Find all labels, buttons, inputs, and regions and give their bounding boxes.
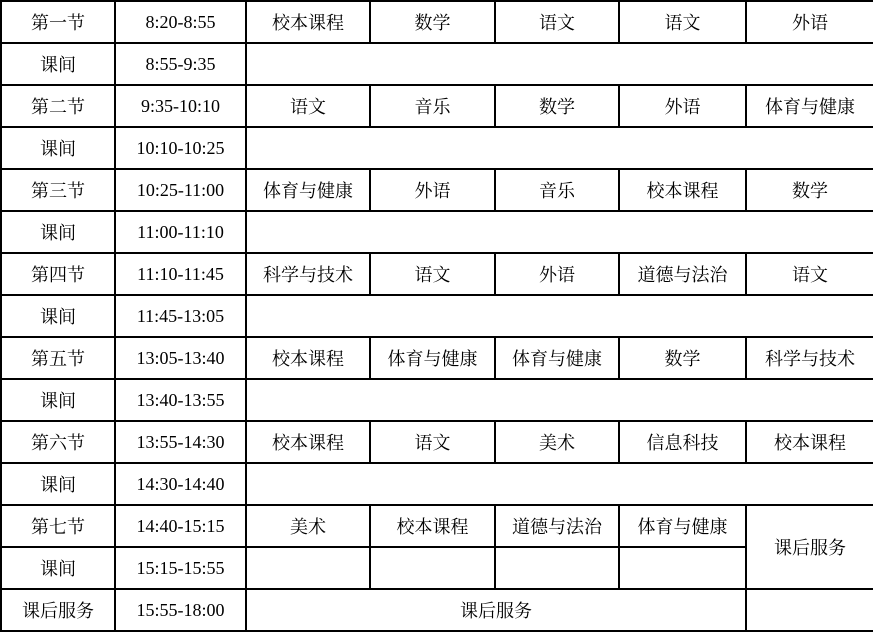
- time-cell: 8:20-8:55: [115, 1, 246, 43]
- period-label-cell: 第三节: [1, 169, 115, 211]
- table-row: 第四节 11:10-11:45 科学与技术 语文 外语 道德与法治 语文: [1, 253, 873, 295]
- time-cell: 14:40-15:15: [115, 505, 246, 547]
- subject-cell: 校本课程: [746, 421, 873, 463]
- period-label-cell: 课间: [1, 379, 115, 421]
- subject-cell: 校本课程: [370, 505, 495, 547]
- period-label-cell: 第二节: [1, 85, 115, 127]
- subject-cell: 外语: [619, 85, 746, 127]
- time-cell: 14:30-14:40: [115, 463, 246, 505]
- subject-cell: 体育与健康: [370, 337, 495, 379]
- period-label-cell: 第七节: [1, 505, 115, 547]
- time-cell: 13:05-13:40: [115, 337, 246, 379]
- period-label-cell: 课间: [1, 127, 115, 169]
- table-row: 第七节 14:40-15:15 美术 校本课程 道德与法治 体育与健康 课后服务: [1, 505, 873, 547]
- time-cell: 10:25-11:00: [115, 169, 246, 211]
- break-empty-cell: [246, 295, 873, 337]
- subject-cell: 外语: [746, 1, 873, 43]
- empty-subject-cell: [246, 547, 370, 589]
- table-row: 第五节 13:05-13:40 校本课程 体育与健康 体育与健康 数学 科学与技…: [1, 337, 873, 379]
- subject-cell: 数学: [619, 337, 746, 379]
- table-row: 课间 11:00-11:10: [1, 211, 873, 253]
- subject-cell: 体育与健康: [246, 169, 370, 211]
- class-schedule-table: 第一节 8:20-8:55 校本课程 数学 语文 语文 外语 课间 8:55-9…: [0, 0, 873, 632]
- break-empty-cell: [246, 43, 873, 85]
- time-cell: 11:45-13:05: [115, 295, 246, 337]
- subject-cell: 校本课程: [246, 337, 370, 379]
- time-cell: 15:55-18:00: [115, 589, 246, 631]
- table-row: 第一节 8:20-8:55 校本课程 数学 语文 语文 外语: [1, 1, 873, 43]
- subject-cell: 语文: [370, 421, 495, 463]
- period-label-cell: 第五节: [1, 337, 115, 379]
- time-cell: 11:00-11:10: [115, 211, 246, 253]
- subject-cell: 信息科技: [619, 421, 746, 463]
- subject-cell: 数学: [495, 85, 619, 127]
- period-label-cell: 课间: [1, 295, 115, 337]
- subject-cell: 音乐: [370, 85, 495, 127]
- subject-cell: 道德与法治: [495, 505, 619, 547]
- table-row: 第六节 13:55-14:30 校本课程 语文 美术 信息科技 校本课程: [1, 421, 873, 463]
- subject-cell: 数学: [746, 169, 873, 211]
- table-row: 课间 15:15-15:55: [1, 547, 873, 589]
- table-row: 课间 10:10-10:25: [1, 127, 873, 169]
- subject-cell: 体育与健康: [746, 85, 873, 127]
- subject-cell: 校本课程: [246, 1, 370, 43]
- period-label-cell: 第四节: [1, 253, 115, 295]
- break-empty-cell: [246, 379, 873, 421]
- subject-cell: 语文: [495, 1, 619, 43]
- break-empty-cell: [246, 463, 873, 505]
- subject-cell: 美术: [246, 505, 370, 547]
- time-cell: 9:35-10:10: [115, 85, 246, 127]
- subject-cell: 外语: [370, 169, 495, 211]
- time-cell: 13:55-14:30: [115, 421, 246, 463]
- after-school-merged-cell: 课后服务: [746, 505, 873, 589]
- subject-cell: 道德与法治: [619, 253, 746, 295]
- table-row: 第二节 9:35-10:10 语文 音乐 数学 外语 体育与健康: [1, 85, 873, 127]
- time-cell: 13:40-13:55: [115, 379, 246, 421]
- subject-cell: 美术: [495, 421, 619, 463]
- table-row: 第三节 10:25-11:00 体育与健康 外语 音乐 校本课程 数学: [1, 169, 873, 211]
- table-row: 课间 11:45-13:05: [1, 295, 873, 337]
- subject-cell: 校本课程: [619, 169, 746, 211]
- empty-subject-cell: [619, 547, 746, 589]
- subject-cell: 语文: [370, 253, 495, 295]
- period-label-cell: 第六节: [1, 421, 115, 463]
- subject-cell: 语文: [619, 1, 746, 43]
- subject-cell: 语文: [746, 253, 873, 295]
- subject-cell: 体育与健康: [495, 337, 619, 379]
- period-label-cell: 课间: [1, 211, 115, 253]
- period-label-cell: 课间: [1, 43, 115, 85]
- subject-cell: 数学: [370, 1, 495, 43]
- subject-cell: 科学与技术: [246, 253, 370, 295]
- subject-cell: 科学与技术: [746, 337, 873, 379]
- empty-subject-cell: [495, 547, 619, 589]
- time-cell: 11:10-11:45: [115, 253, 246, 295]
- subject-cell: 外语: [495, 253, 619, 295]
- subject-cell: 校本课程: [246, 421, 370, 463]
- break-empty-cell: [246, 127, 873, 169]
- period-label-cell: 课间: [1, 463, 115, 505]
- bottom-right-empty-cell: [746, 589, 873, 631]
- period-label-cell: 课间: [1, 547, 115, 589]
- table-row: 课后服务 15:55-18:00 课后服务: [1, 589, 873, 631]
- time-cell: 15:15-15:55: [115, 547, 246, 589]
- subject-cell: 语文: [246, 85, 370, 127]
- period-label-cell: 第一节: [1, 1, 115, 43]
- table-row: 课间 14:30-14:40: [1, 463, 873, 505]
- period-label-cell: 课后服务: [1, 589, 115, 631]
- time-cell: 8:55-9:35: [115, 43, 246, 85]
- table-row: 课间 13:40-13:55: [1, 379, 873, 421]
- time-cell: 10:10-10:25: [115, 127, 246, 169]
- table-row: 课间 8:55-9:35: [1, 43, 873, 85]
- bottom-after-school-cell: 课后服务: [246, 589, 746, 631]
- subject-cell: 体育与健康: [619, 505, 746, 547]
- break-empty-cell: [246, 211, 873, 253]
- subject-cell: 音乐: [495, 169, 619, 211]
- empty-subject-cell: [370, 547, 495, 589]
